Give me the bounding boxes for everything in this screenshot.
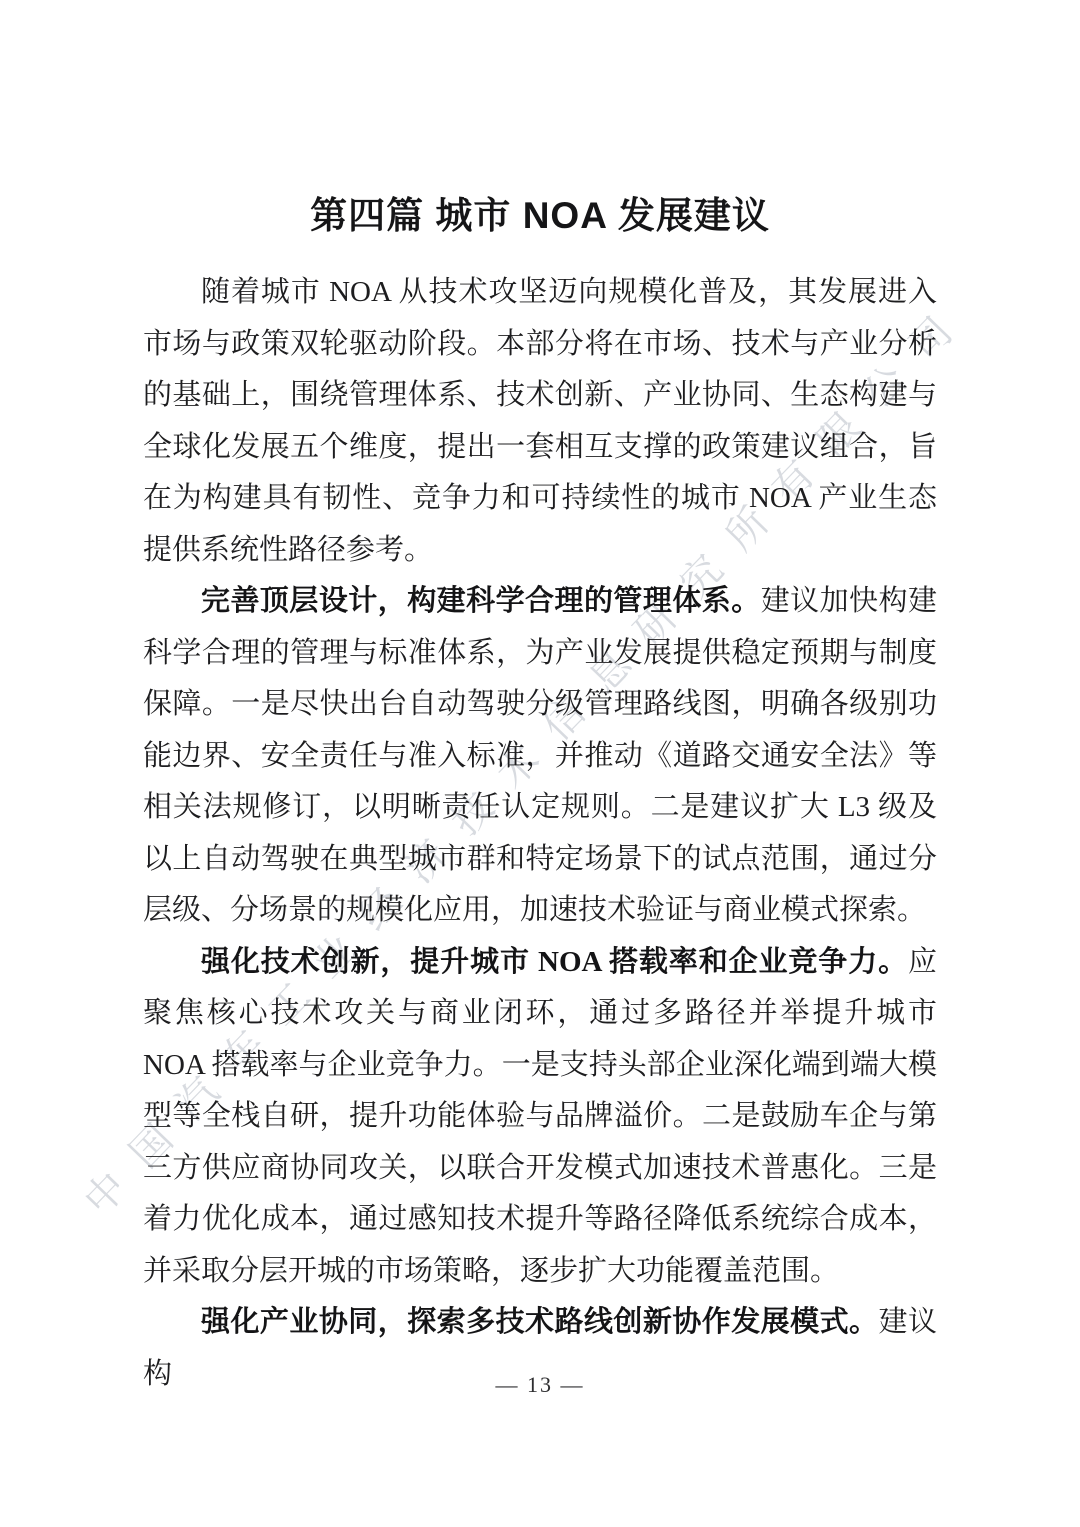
paragraph-technology: 强化技术创新，提升城市 NOA 搭载率和企业竞争力。应聚焦核心技术攻关与商业闭环… [143, 937, 937, 1298]
paragraph-industry-collab-lead: 强化产业协同，探索多技术路线创新协作发展模式。 [201, 1306, 879, 1338]
paragraph-technology-text: 应聚焦核心技术攻关与商业闭环，通过多路径并举提升城市 NOA 搭载率与企业竞争力… [143, 946, 937, 1287]
paragraph-governance-text: 建议加快构建科学合理的管理与标准体系，为产业发展提供稳定预期与制度保障。一是尽快… [143, 585, 937, 926]
body-text-block: 随着城市 NOA 从技术攻坚迈向规模化普及，其发展进入市场与政策双轮驱动阶段。本… [143, 267, 937, 1400]
paragraph-intro: 随着城市 NOA 从技术攻坚迈向规模化普及，其发展进入市场与政策双轮驱动阶段。本… [143, 267, 937, 576]
page-number: — 13 — [0, 1372, 1080, 1398]
document-page: 中国汽车工业经济技术信息研究所有限公司 第四篇 城市 NOA 发展建议 随着城市… [0, 0, 1080, 1527]
paragraph-governance: 完善顶层设计，构建科学合理的管理体系。建议加快构建科学合理的管理与标准体系，为产… [143, 576, 937, 937]
page-content: 第四篇 城市 NOA 发展建议 随着城市 NOA 从技术攻坚迈向规模化普及，其发… [0, 0, 1080, 1400]
paragraph-technology-lead: 强化技术创新，提升城市 NOA 搭载率和企业竞争力。 [201, 946, 908, 978]
paragraph-intro-text: 随着城市 NOA 从技术攻坚迈向规模化普及，其发展进入市场与政策双轮驱动阶段。本… [143, 276, 937, 566]
document-title: 第四篇 城市 NOA 发展建议 [0, 0, 1080, 242]
paragraph-governance-lead: 完善顶层设计，构建科学合理的管理体系。 [201, 585, 761, 617]
